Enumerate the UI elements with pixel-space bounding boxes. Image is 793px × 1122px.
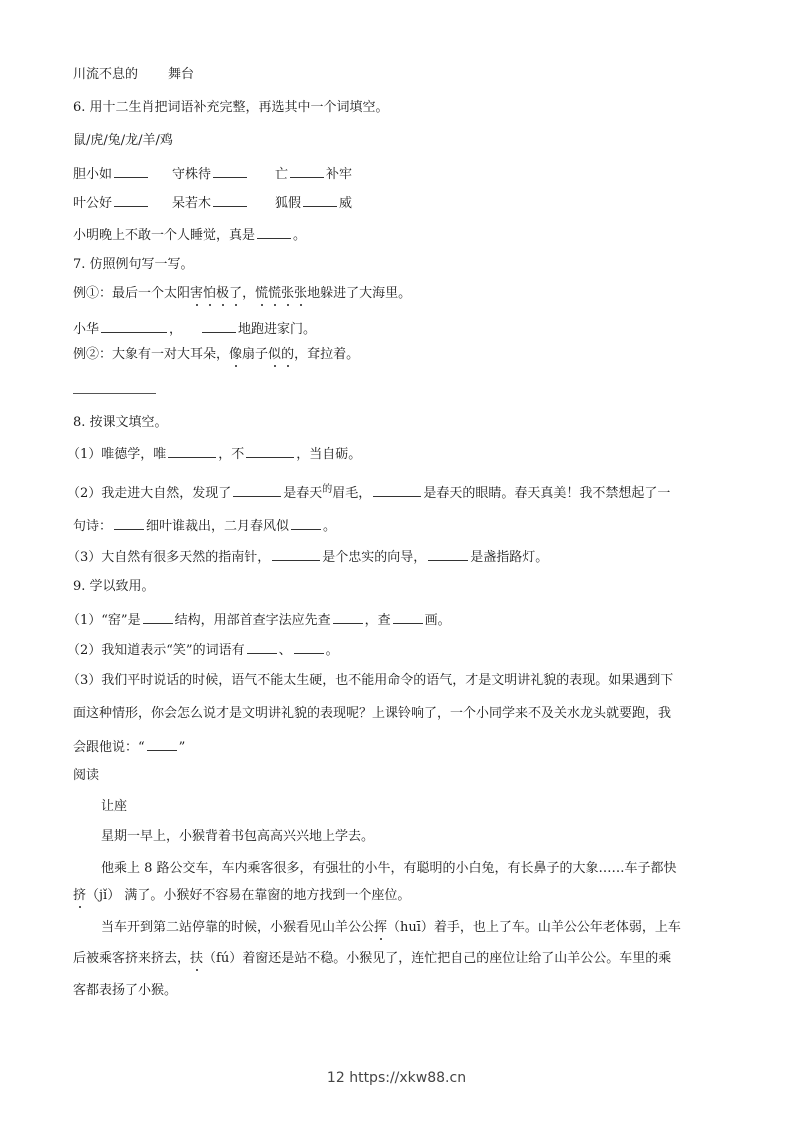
q8-part-3: （3）大自然有很多天然的指南针，是个忠实的向导，是盏指路灯。 (67, 546, 548, 567)
text: ， (169, 322, 182, 337)
emphasis-char: 了 (229, 286, 242, 301)
q9-part-1: （1）“窑”是结构，用部首查字法应先查，查画。 (67, 609, 451, 630)
page-number: 12 (327, 1070, 345, 1086)
text: ，耷拉着。 (294, 347, 359, 362)
q7-fill-1: 小华，地跑进家门。 (73, 318, 316, 339)
line-prev-item: 川流不息的舞台 (73, 66, 194, 84)
q8-part-1: （1）唯德学，唯，不，当自砺。 (67, 443, 361, 464)
text: 是春天 (283, 486, 322, 501)
text: 细叶谁裁出，二月春风似 (146, 519, 289, 534)
reading-paragraph-3-line-1: 当车开到第二站停靠的时候，小猴看见山羊公公挥（huī）着手，也上了车。山羊公公年… (101, 919, 681, 937)
text: 威 (339, 196, 352, 211)
emphasis-char: 扶 (190, 951, 203, 966)
blank-field[interactable] (114, 163, 148, 178)
q9-part-3-line-3: 会跟他说：“” (73, 736, 185, 757)
text: （fú）着窗还是站不稳。小猴见了，连忙把自己的座位让给了山羊公公。车里的乘 (203, 951, 671, 966)
blank-field[interactable] (114, 192, 148, 207)
text: 、 (279, 643, 292, 658)
question-9-title: 9. 学以致用。 (73, 578, 155, 596)
text: ” (179, 740, 186, 755)
text: （jǐ） 满了。小猴好不容易在靠窗的地方找到一个座位。 (86, 888, 410, 903)
q9-part-3-line-2: 面这种情形，你会怎么说才是文明讲礼貌的表现呢？上课铃响了，一个小同学来不及关水龙… (73, 705, 671, 723)
reading-title: 让座 (101, 798, 127, 816)
blank-field[interactable] (202, 318, 236, 333)
text: 小明晚上不敢一个人睡觉，真是 (73, 228, 255, 243)
blank-field[interactable] (373, 482, 421, 497)
text: 胆小如 (73, 167, 112, 182)
blank-field[interactable] (290, 163, 324, 178)
question-8-title: 8. 按课文填空。 (73, 414, 168, 432)
emphasis-char: 慌 (255, 286, 268, 301)
text: 。 (293, 228, 306, 243)
blank-field[interactable] (247, 639, 277, 654)
text: （3）大自然有很多天然的指南针， (67, 550, 270, 565)
q9-part-2: （2）我知道表示“笑”的词语有、。 (67, 639, 339, 660)
q8-part-2-line-2: 句诗：细叶谁裁出，二月春风似。 (73, 515, 336, 536)
text: 地跑进家门。 (238, 322, 316, 337)
emphasis-char: 似 (268, 347, 281, 362)
reading-paragraph-3-line-2: 后被乘客挤来挤去，扶（fú）着窗还是站不稳。小猴见了，连忙把自己的座位让给了山羊… (73, 950, 671, 968)
blank-field[interactable] (168, 443, 216, 458)
blank-field[interactable] (257, 224, 291, 239)
q9-part-3-line-1: （3）我们平时说话的时候，语气不能太生硬，也不能用命令的语气，才是文明讲礼貌的表… (67, 672, 673, 690)
text: （1）“窑”是 (67, 613, 141, 628)
emphasis-char: 张 (294, 286, 307, 301)
text: 当车开到第二站停靠的时候，小猴看见山羊公公 (101, 920, 374, 935)
emphasis-char: 挥 (374, 920, 387, 935)
example-2: 例②：大象有一对大耳朵，像扇子似的，耷拉着。 (73, 346, 359, 364)
emphasis-char: 像 (229, 347, 242, 362)
emphasis-char: 慌 (268, 286, 281, 301)
text: 舞台 (168, 67, 194, 82)
reading-paragraph-1: 星期一早上，小猴背着书包高高兴兴地上学去。 (101, 828, 374, 846)
text: 扇子 (242, 347, 268, 362)
reading-paragraph-2-line-1: 他乘上 8 路公交车，车内乘客很多，有强壮的小牛，有聪明的小白兔，有长鼻子的大象… (101, 860, 677, 878)
reading-paragraph-3-line-3: 客都表扬了小猴。 (73, 982, 177, 1000)
blank-field[interactable] (428, 546, 468, 561)
text: 小华 (73, 322, 99, 337)
blank-field[interactable] (246, 443, 294, 458)
text: 会跟他说：“ (73, 740, 145, 755)
q6-sentence: 小明晚上不敢一个人睡觉，真是。 (73, 224, 306, 245)
blank-field[interactable] (114, 515, 144, 530)
text: 补牢 (326, 167, 352, 182)
blank-field[interactable] (291, 515, 321, 530)
blank-field[interactable] (393, 609, 423, 624)
text: ，当自砺。 (296, 447, 361, 462)
text: 结构，用部首查字法应先查 (175, 613, 331, 628)
text: 例①：最后一个太阳 (73, 286, 190, 301)
text: （1）唯德学，唯 (67, 447, 166, 462)
q6-row-2: 叶公好呆若木狐假威 (73, 192, 352, 213)
blank-field[interactable] (333, 609, 363, 624)
answer-blank-line[interactable] (73, 393, 156, 394)
reading-paragraph-2-line-2: 挤（jǐ） 满了。小猴好不容易在靠窗的地方找到一个座位。 (73, 887, 410, 905)
blank-field[interactable] (272, 546, 320, 561)
text: 。 (323, 519, 336, 534)
emphasis-char: 的 (281, 347, 294, 362)
zodiac-options: 鼠/虎/兔/龙/羊/鸡 (73, 132, 173, 150)
text: 呆若木 (172, 196, 211, 211)
text: 画。 (425, 613, 451, 628)
text: 。 (326, 643, 339, 658)
text: 眉毛， (332, 486, 371, 501)
text: 的 (322, 484, 332, 495)
footer-url[interactable]: https://xkw88.cn (349, 1070, 466, 1086)
text: 地躲进了大海里。 (307, 286, 411, 301)
emphasis-char: 张 (281, 286, 294, 301)
text: 是春天的眼睛。春天真美！我不禁想起了一 (423, 486, 670, 501)
text: ，不 (218, 447, 244, 462)
blank-field[interactable] (213, 192, 247, 207)
text: 亡 (275, 167, 288, 182)
q6-row-1: 胆小如守株待亡补牢 (73, 163, 352, 184)
text: 狐假 (275, 196, 301, 211)
blank-field[interactable] (303, 192, 337, 207)
question-6-title: 6. 用十二生肖把词语补充完整，再选其中一个词填空。 (73, 99, 389, 117)
text: （huī）着手，也上了车。山羊公公年老体弱，上车 (387, 920, 681, 935)
text: ，查 (365, 613, 391, 628)
text: 川流不息的 (73, 67, 138, 82)
text: 是盏指路灯。 (470, 550, 548, 565)
text: ， (242, 286, 255, 301)
text: （2）我走进大自然，发现了 (67, 486, 231, 501)
emphasis-char: 挤 (73, 888, 86, 903)
text: 是个忠实的向导， (322, 550, 426, 565)
blank-field[interactable] (143, 609, 173, 624)
text: （2）我知道表示“笑”的词语有 (67, 643, 245, 658)
text: 守株待 (172, 167, 211, 182)
reading-label: 阅读 (73, 767, 99, 785)
emphasis-char: 极 (216, 286, 229, 301)
blank-field[interactable] (101, 318, 167, 333)
text: 叶公好 (73, 196, 112, 211)
blank-field[interactable] (233, 482, 281, 497)
text: 例②：大象有一对大耳朵， (73, 347, 229, 362)
text: 句诗： (73, 519, 112, 534)
emphasis-char: 怕 (203, 286, 216, 301)
emphasis-char: 害 (190, 286, 203, 301)
blank-field[interactable] (294, 639, 324, 654)
q8-part-2-line-1: （2）我走进大自然，发现了是春天的眉毛，是春天的眼睛。春天真美！我不禁想起了一 (67, 481, 670, 503)
blank-field[interactable] (147, 736, 177, 751)
page-footer: 12 https://xkw88.cn (0, 1070, 793, 1086)
example-1: 例①：最后一个太阳害怕极了，慌慌张张地躲进了大海里。 (73, 285, 411, 303)
text: 后被乘客挤来挤去， (73, 951, 190, 966)
blank-field[interactable] (213, 163, 247, 178)
question-7-title: 7. 仿照例句写一写。 (73, 256, 194, 274)
